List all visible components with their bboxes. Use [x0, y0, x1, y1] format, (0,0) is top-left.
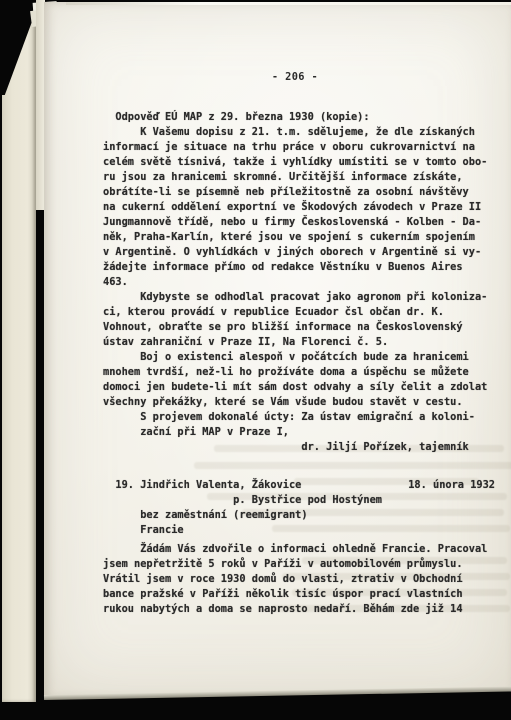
- text-line: Jungmannově třídě, nebo u firmy Českoslo…: [103, 215, 495, 230]
- text-line: Francie: [103, 523, 495, 538]
- letter-heading: Odpověď EÚ MAP z 29. března 1930 (kopie)…: [103, 110, 495, 125]
- text-line: na cukerní oddělení exportní ve Škodovýc…: [103, 200, 495, 215]
- text-line: Vohnout, obraťte se pro bližší informace…: [103, 320, 495, 335]
- letter-body: K Vašemu dopisu z 21. t.m. sdělujeme, že…: [103, 125, 495, 440]
- text-line: K Vašemu dopisu z 21. t.m. sdělujeme, že…: [103, 125, 495, 140]
- text-line: něk, Praha-Karlín, které jsou ve spojení…: [103, 230, 495, 245]
- text-line: obrátíte-li se písemně neb příležitostně…: [103, 185, 495, 200]
- text-line: ci, kterou provádí v republice Ecuador č…: [103, 305, 495, 320]
- letter-signature: dr. Jiljí Pořízek, tajemník: [103, 440, 495, 455]
- text-line: žádejte informace přímo od redakce Věstn…: [103, 260, 495, 275]
- record-number-and-name: 19. Jindřich Valenta, Žákovice: [103, 478, 301, 493]
- page-number: - 206 -: [103, 71, 487, 83]
- text-line: informací je situace na trhu práce v obo…: [103, 140, 495, 155]
- section-gap: [103, 455, 495, 478]
- text-line: celém světě tísnivá, takže i vyhlídky um…: [103, 155, 495, 170]
- record-details: p. Bystřice pod Hostýnem bez zaměstnání …: [103, 493, 495, 538]
- text-line: ústav zahraniční v Praze II, Na Florenci…: [103, 335, 495, 350]
- text-line: ru jsou za hranicemi skromné. Určitější …: [103, 170, 495, 185]
- record-date: 18. února 1932: [408, 478, 495, 493]
- text-line: Vrátil jsem v roce 1930 domů do vlasti, …: [103, 572, 495, 587]
- book-scan: - 206 - Odpověď EÚ MAP z 29. března 1930…: [0, 0, 511, 720]
- text-line: p. Bystřice pod Hostýnem: [103, 493, 495, 508]
- text-line: zační při MAP v Praze I,: [103, 425, 495, 440]
- text-line: všechny překážky, které se Vám všude bud…: [103, 395, 495, 410]
- text-line: mnohem tvrdší, než-li ho prožíváte doma …: [103, 365, 495, 380]
- text-line: Boj o existenci alespoň v počátcích bude…: [103, 350, 495, 365]
- stacked-page-edge: [36, 0, 45, 210]
- text-line: Kdybyste se odhodlal pracovat jako agron…: [103, 290, 495, 305]
- text-line: 463.: [103, 275, 495, 290]
- page-top-edge: [66, 2, 511, 5]
- text-line: domoci jen budete-li mít sám dost odvahy…: [103, 380, 495, 395]
- record-body: Žádám Vás zdvořile o informaci ohledně F…: [103, 542, 495, 617]
- text-line: rukou nabytých a doma se naprosto nedaří…: [103, 602, 495, 617]
- text-line: S projevem dokonalé úcty: Za ústav emigr…: [103, 410, 495, 425]
- text-line: bance pražské v Paříži několik tisíc úsp…: [103, 587, 495, 602]
- book-fore-edge: [2, 20, 36, 702]
- text-line: Žádám Vás zdvořile o informaci ohledně F…: [103, 542, 495, 557]
- record-header: 19. Jindřich Valenta, Žákovice 18. února…: [103, 478, 495, 493]
- text-line: bez zaměstnání (reemigrant): [103, 508, 495, 523]
- text-line: jsem nepřetržitě 5 roků v Paříži v autom…: [103, 557, 495, 572]
- page-text-column: Odpověď EÚ MAP z 29. března 1930 (kopie)…: [103, 110, 495, 617]
- text-line: v Argentině. O vyhlídkách v jiných obore…: [103, 245, 495, 260]
- scanned-page: - 206 - Odpověď EÚ MAP z 29. března 1930…: [44, 2, 511, 698]
